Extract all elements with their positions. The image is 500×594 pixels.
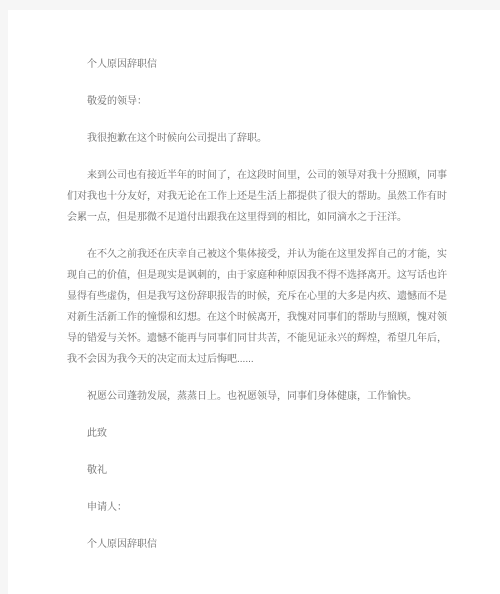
- paragraph-well-wishes: 祝愿公司蓬勃发展，蒸蒸日上。也祝愿领导，同事们身体健康，工作愉快。: [67, 386, 450, 407]
- applicant-label: 申请人：: [67, 497, 450, 518]
- paragraph-company-time: 来到公司也有接近半年的时间了，在这段时间里，公司的领导对我十分照顾，同事们对我也…: [67, 165, 450, 228]
- article-page: 个人原因辞职信 敬爱的领导： 我很抱歉在这个时候向公司提出了辞职。 来到公司也有…: [8, 10, 500, 594]
- document-title: 个人原因辞职信: [67, 54, 450, 75]
- paragraph-apology: 我很抱歉在这个时候向公司提出了辞职。: [67, 128, 450, 149]
- resignation-letter: 个人原因辞职信 敬爱的领导： 我很抱歉在这个时候向公司提出了辞职。 来到公司也有…: [8, 10, 500, 555]
- paragraph-regret: 在不久之前我还在庆幸自己被这个集体接受，并认为能在这里发挥自己的才能，实现自己的…: [67, 244, 450, 370]
- closing-phrase: 此致: [67, 423, 450, 444]
- bottom-title: 个人原因辞职信: [67, 534, 450, 555]
- closing-salute: 敬礼: [67, 460, 450, 481]
- salutation: 敬爱的领导：: [67, 91, 450, 112]
